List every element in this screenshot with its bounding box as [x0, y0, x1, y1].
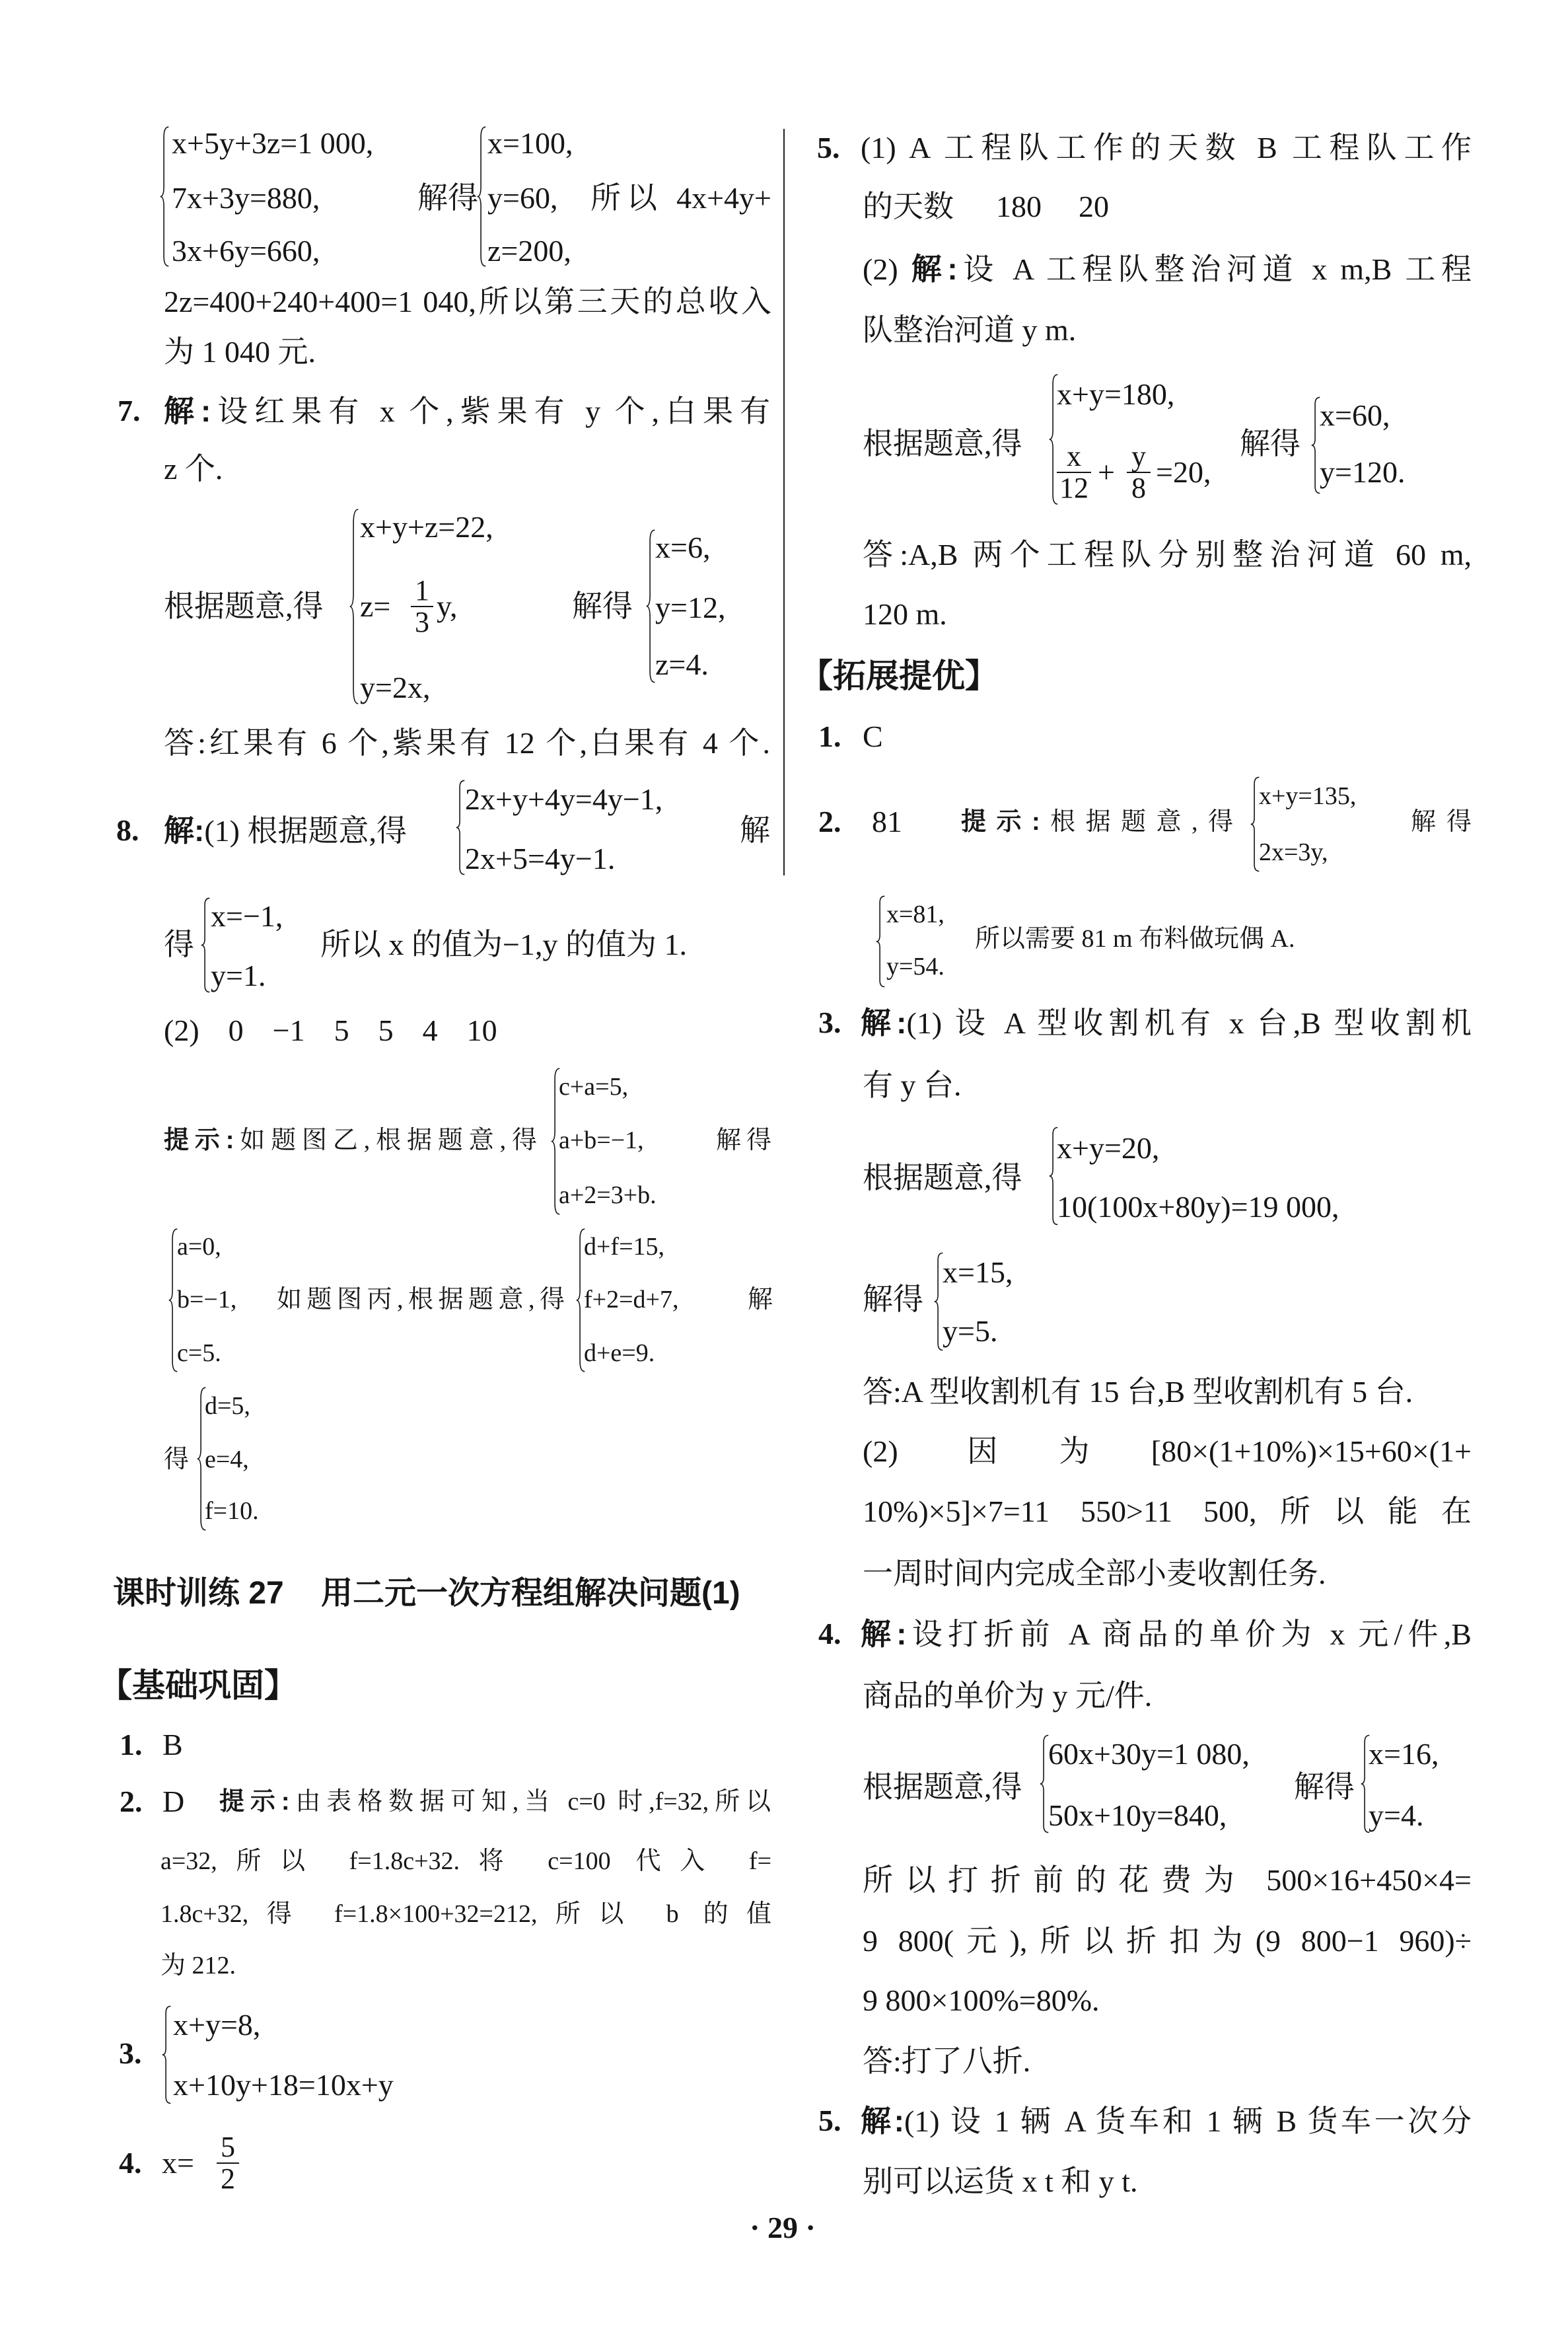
hint-line: a=32,所以 f=1.8c+32.将 c=100 代入 f=: [160, 1847, 771, 1876]
answer-line: 答:A,B 两个工程队分别整治河道 60 m,: [863, 538, 1472, 572]
equation: a+b=−1,: [559, 1126, 644, 1155]
hint-label: 提示:: [164, 1126, 234, 1154]
question-number: 1.: [120, 1728, 143, 1762]
hint-line: 为 212.: [160, 1951, 236, 1980]
lesson-number: 课时训练 27: [113, 1576, 284, 1611]
solution: x=100,: [487, 126, 573, 161]
solution: b=−1,: [177, 1285, 236, 1314]
equation: 2x+5=4y−1.: [465, 842, 615, 876]
hint-line: 1.8c+32,得 f=1.8×100+32=212,所以 b 的值: [160, 1900, 771, 1929]
conclusion: 所以需要 81 m 布料做玩偶 A.: [975, 924, 1295, 953]
solution: x=−1,: [211, 899, 283, 934]
solution-lead: 解:: [164, 394, 211, 428]
equation: f+2=d+7,: [584, 1285, 678, 1314]
text-line: 9 800×100%=80%.: [863, 1983, 1100, 2018]
text-line: 2z=400+240+400=1 040,所以第三天的总收入: [164, 285, 771, 319]
equation: x+10y+18=10x+y: [173, 2068, 394, 2102]
text-line: 为 1 040 元.: [164, 335, 316, 369]
answer-value: 10: [467, 1014, 497, 1048]
solution: z=200,: [487, 234, 571, 268]
answer-line: 120 m.: [863, 597, 947, 632]
fraction: y 8: [1127, 441, 1151, 503]
equation-lhs: x=: [162, 2146, 194, 2180]
solve-label: 解得: [1240, 427, 1301, 461]
question-number: 2.: [818, 805, 841, 839]
equation: 2x=3y,: [1259, 838, 1328, 867]
equation-lhs: z=: [360, 589, 390, 624]
question-number: 5.: [817, 131, 840, 165]
section-heading: 【基础巩固】: [99, 1668, 297, 1703]
equation: 60x+30y=1 080,: [1048, 1737, 1250, 1771]
solution: x=15,: [943, 1255, 1013, 1290]
solution: d=5,: [205, 1391, 250, 1421]
text-line: 有 y 台.: [863, 1068, 962, 1103]
solution: c=5.: [177, 1339, 221, 1368]
text-line: (1) A 工程队工作的天数 B 工程队工作: [861, 131, 1472, 165]
hint-text: 如题图丙,根据题意,得: [277, 1285, 565, 1314]
solve-label: 得: [164, 1445, 189, 1474]
answer-value: 5: [378, 1014, 394, 1048]
question-number: 3.: [119, 2036, 142, 2071]
conclusion: 所以 x 的值为−1,y 的值为 1.: [320, 928, 687, 962]
text: 设红果有 x 个,紫果有 y 个,白果有: [211, 394, 770, 428]
hint-line: 提示:由表格数据可知,当 c=0 时,f=32,所以: [219, 1787, 771, 1816]
solve-label: 解: [748, 1285, 773, 1314]
text-line: (2) 因为[80×(1+10%)×15+60×(1+: [863, 1434, 1472, 1469]
equation: 7x+3y=880,: [172, 181, 320, 215]
solution: x=81,: [886, 900, 944, 929]
answer-value: −1: [273, 1014, 305, 1048]
setup-label: 根据题意,得: [863, 1161, 1022, 1195]
question-number: 1.: [818, 720, 841, 754]
denominator: 12: [1059, 473, 1088, 503]
left-brace-icon: [199, 897, 211, 993]
text-line: 解:设红果有 x 个,紫果有 y 个,白果有: [164, 394, 770, 429]
answer-line: 答:红果有 6 个,紫果有 12 个,白果有 4 个.: [164, 726, 770, 760]
solution-lead: 解:: [861, 2104, 904, 2138]
denominator: 3: [415, 607, 429, 638]
setup-label: 根据题意,得: [863, 1770, 1022, 1804]
solution: f=10.: [205, 1496, 259, 1526]
fraction: 5 2: [217, 2132, 239, 2194]
equation: x+5y+3z=1 000,: [172, 126, 373, 161]
equation: 50x+10y=840,: [1048, 1798, 1227, 1833]
solution: y=60,: [487, 181, 557, 215]
text: 设打折前 A 商品的单价为 x 元/件,B: [907, 1617, 1472, 1651]
text-line: 解:(1) 设 1 辆 A 货车和 1 辆 B 货车一次分: [861, 2104, 1472, 2139]
solution-lead: 解:: [861, 1006, 907, 1040]
answer-value: 180: [996, 190, 1042, 224]
text-line: 别可以运货 x t 和 y t.: [863, 2164, 1138, 2199]
answer-choice: B: [162, 1728, 183, 1762]
equation: x+y+z=22,: [360, 510, 493, 544]
solution: x=6,: [655, 531, 710, 565]
operator: +: [1098, 455, 1115, 490]
equation: y=2x,: [360, 671, 430, 705]
question-number: 2.: [120, 1785, 143, 1819]
left-brace-icon: [348, 507, 360, 706]
solve-label: 解得: [1411, 807, 1472, 836]
solution: y=120.: [1320, 455, 1405, 490]
fraction: x 12: [1057, 441, 1091, 503]
solution: y=4.: [1369, 1798, 1423, 1833]
equation-rhs: y,: [437, 589, 458, 624]
solution: z=4.: [655, 647, 709, 682]
section-heading: 【拓展提优】: [800, 659, 998, 693]
solve-label: 解得: [417, 181, 478, 215]
solve-label: 解得: [716, 1126, 771, 1155]
numerator: x: [1067, 441, 1081, 472]
numerator: 5: [221, 2132, 235, 2162]
text-line: 解:设打折前 A 商品的单价为 x 元/件,B: [861, 1617, 1472, 1652]
equation: d+f=15,: [584, 1232, 664, 1261]
solution: e=4,: [205, 1445, 249, 1474]
fraction: 1 3: [411, 575, 433, 638]
equation: x+y=8,: [173, 2008, 260, 2042]
answer-value: 5: [334, 1014, 349, 1048]
solution: y=1.: [211, 959, 266, 993]
solution: x=60,: [1320, 398, 1390, 433]
question-number: 5.: [818, 2104, 841, 2138]
text-line: 队整治河道 y m.: [863, 313, 1076, 348]
text-line: 一周时间内完成全部小麦收割任务.: [863, 1557, 1326, 1591]
equation-rhs: =20,: [1156, 455, 1211, 490]
left-brace-icon: [159, 126, 170, 268]
equation: 2x+y+4y=4y−1,: [465, 782, 662, 817]
text-line: 的天数: [863, 190, 954, 224]
solution: y=54.: [886, 952, 944, 981]
equation: c+a=5,: [559, 1072, 628, 1101]
left-brace-icon: [160, 2005, 172, 2104]
hint-text: 由表格数据可知,当 c=0 时,f=32,所以: [289, 1788, 771, 1816]
denominator: 8: [1131, 473, 1146, 503]
equation: d+e=9.: [584, 1339, 655, 1368]
answer-choice: D: [162, 1785, 184, 1819]
text-line: 9 800(元),所以折扣为(9 800−1 960)÷: [863, 1924, 1472, 1958]
part2-answers: (2) 0 −1 5 5 4 10: [164, 1014, 526, 1048]
equation: x+y=180,: [1057, 377, 1174, 412]
answer-page: x+5y+3z=1 000, 7x+3y=880, 3x+6y=660, 解得 …: [0, 0, 1568, 2325]
solution: a=0,: [177, 1232, 221, 1261]
solve-label: 解得: [572, 589, 633, 624]
solution: x=16,: [1369, 1737, 1439, 1771]
text-line: 所以打折前的花费为 500×16+450×4=: [863, 1863, 1472, 1898]
hint-label: 提示:: [219, 1788, 289, 1816]
text-line: 解:(1) 设 A 型收割机有 x 台,B 型收割机: [861, 1006, 1472, 1041]
question-number: 4.: [119, 2146, 142, 2180]
answer-line: 答:打了八折.: [863, 2044, 1030, 2079]
text-line: (2) 解:设 A 工程队整治河道 x m,B 工程: [863, 252, 1472, 287]
text: (1) 根据题意,得: [204, 814, 407, 848]
denominator: 2: [221, 2164, 235, 2194]
answer-choice: C: [863, 720, 883, 754]
left-brace-icon: [476, 126, 487, 268]
text: (1) 设 1 辆 A 货车和 1 辆 B 货车一次分: [904, 2104, 1472, 2138]
text-line: 10%)×5]×7=11 550>11 500,所以能在: [863, 1495, 1472, 1529]
hint-line: 提示:根据题意,得: [961, 807, 1233, 836]
text: 设 A 工程队整治河道 x m,B 工程: [958, 252, 1472, 286]
answer-value: 81: [872, 805, 902, 839]
question-number: 8.: [116, 813, 139, 848]
lesson-title: 用二元一次方程组解决问题(1): [321, 1576, 740, 1611]
numerator: y: [1131, 441, 1146, 472]
text-line: z 个.: [164, 452, 223, 486]
text-line: 商品的单价为 y 元/件.: [863, 1679, 1152, 1713]
hint-text: 根据题意,得: [1040, 808, 1233, 836]
solution-lead: 解:: [164, 813, 204, 848]
solve-label: 解得: [1294, 1770, 1355, 1804]
answer-value: 4: [423, 1014, 438, 1048]
question-number: 4.: [818, 1617, 841, 1651]
left-brace-icon: [874, 895, 886, 988]
answer-line: 答:A 型收割机有 15 台,B 型收割机有 5 台.: [863, 1375, 1413, 1409]
solution-lead: 解:: [911, 252, 958, 286]
answer-value: 0: [229, 1014, 244, 1048]
equation: x+y=135,: [1259, 782, 1356, 811]
setup-label: 根据题意,得: [164, 589, 324, 624]
solve-label: 解得: [863, 1282, 923, 1317]
question-number: 7.: [118, 394, 141, 428]
page-number: · 29 ·: [717, 2211, 849, 2245]
answer-value: 20: [1079, 190, 1109, 224]
column-divider: [783, 129, 785, 875]
equation: 3x+6y=660,: [172, 234, 320, 268]
solve-label: 得: [164, 928, 194, 962]
hint-text: 如题图乙,根据题意,得: [234, 1126, 537, 1154]
hint-label: 提示:: [961, 808, 1040, 836]
text: (1) 设 A 型收割机有 x 台,B 型收割机: [907, 1006, 1472, 1040]
solution: y=5.: [943, 1314, 997, 1348]
equation: a+2=3+b.: [559, 1181, 657, 1210]
part-label: (2): [164, 1014, 199, 1048]
question-number: 3.: [818, 1006, 841, 1040]
numerator: 1: [415, 575, 429, 606]
equation: 10(100x+80y)=19 000,: [1057, 1190, 1339, 1224]
setup-label: 根据题意,得: [863, 427, 1022, 461]
solution: y=12,: [655, 591, 725, 625]
text-line: 解:(1) 根据题意,得: [164, 813, 407, 848]
solution-lead: 解:: [861, 1617, 907, 1651]
part-label: (2): [863, 252, 911, 286]
solution-trail: 所以 4x+4y+: [590, 181, 771, 215]
equation: x+y=20,: [1057, 1131, 1159, 1165]
hint-line: 提示:如题图乙,根据题意,得: [164, 1126, 537, 1155]
solve-label: 解: [740, 813, 770, 848]
